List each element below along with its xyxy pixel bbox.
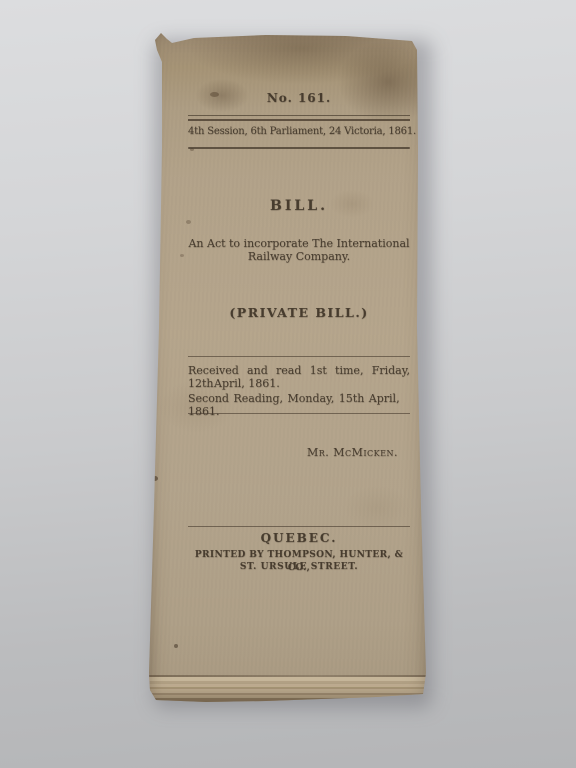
photo-scene: No. 161. 4th Session, 6th Parliament, 24… [0, 0, 576, 768]
paper-edge-shading [146, 28, 428, 704]
bill-pamphlet-cover: No. 161. 4th Session, 6th Parliament, 24… [146, 28, 428, 704]
